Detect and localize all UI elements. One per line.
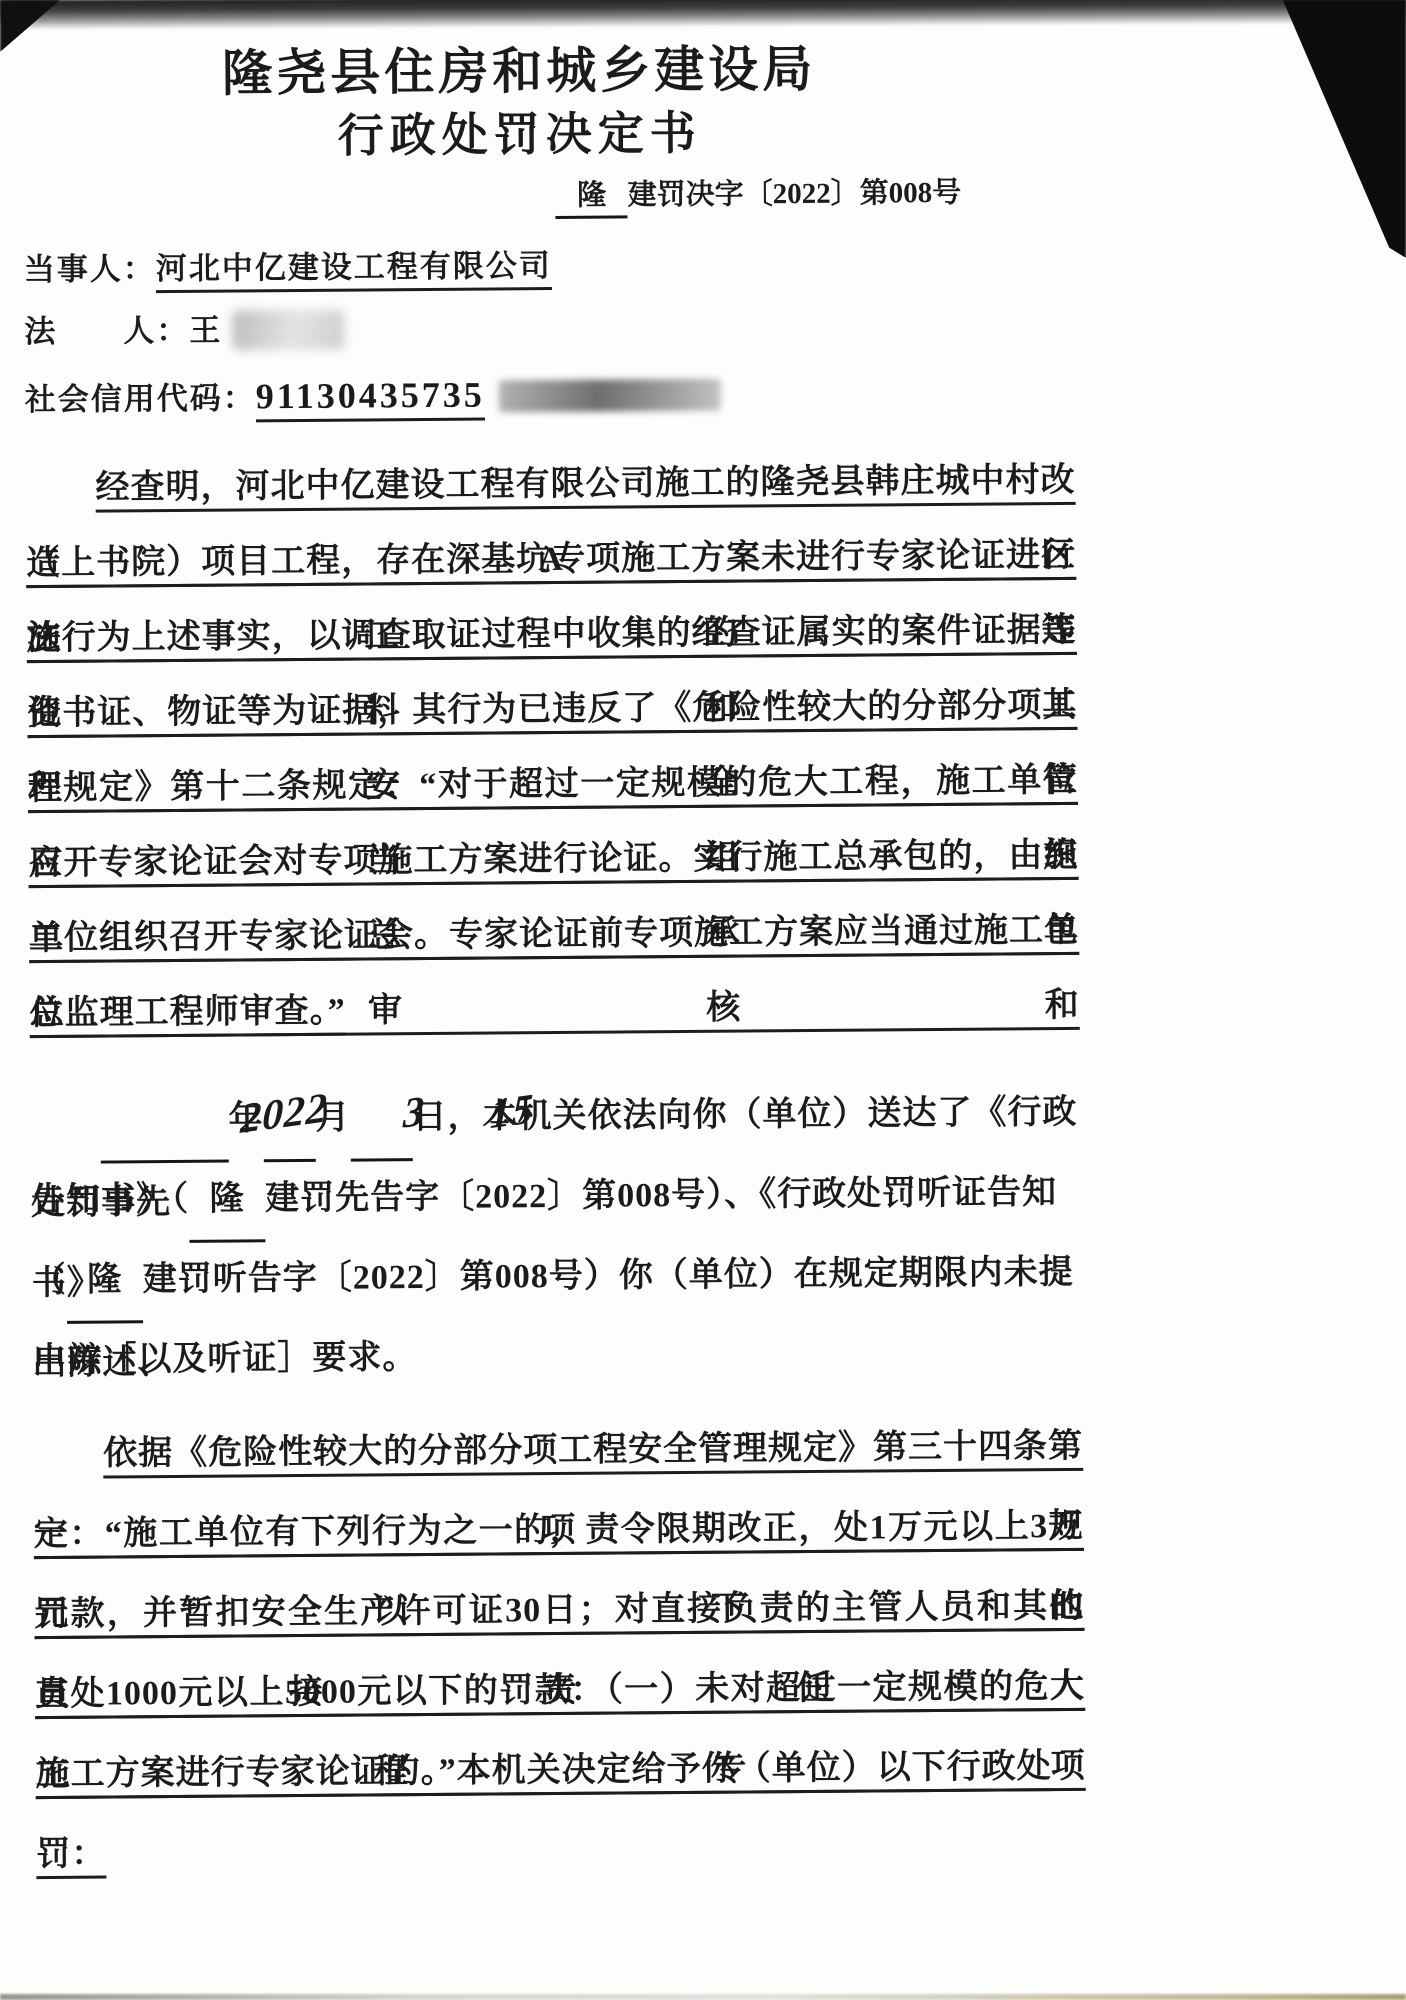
credit-code-redaction-blur [499, 379, 721, 413]
paragraph-line: 召开专家论证会对专项施工方案进行论证。实行施工总承包的，由施工总承包 [28, 818, 1079, 901]
credit-code-label: 社会信用代码： [25, 380, 256, 417]
party-value: 河北中亿建设工程有限公司 [156, 248, 552, 286]
paragraph-line-date: 2022年3月15日，本机关依法向你（单位）送达了《行政处罚事先 [30, 1073, 1081, 1161]
scan-corner-top-right [1266, 0, 1406, 258]
document-number-text: 建罚决字〔2022〕第008号 [628, 177, 962, 212]
document-number-blank: 隆 [556, 175, 628, 219]
party-label: 当事人： [24, 251, 156, 287]
paragraph-line: 单位组织召开专家论证会。专家论证前专项施工方案应当通过施工单位审核和 [29, 893, 1080, 976]
scanned-document-page: 隆尧县住房和城乡建设局 行政处罚决定书 隆建罚决字〔2022〕第008号 当事人… [0, 0, 1406, 2000]
credit-code-value: 91130435735 [256, 375, 485, 417]
legal-person-value: 王 [189, 313, 222, 348]
handwritten-prefix: 隆 [66, 1240, 143, 1324]
paragraph-line: 员处1000元以上5000元以下的罚款：（一）未对超过一定规模的危大工程专项 [35, 1647, 1086, 1735]
document-number-line: 隆建罚决字〔2022〕第008号 [23, 172, 1073, 223]
document-type-title: 行政处罚决定书 [0, 102, 1045, 166]
document-content: 隆尧县住房和城乡建设局 行政处罚决定书 隆建罚决字〔2022〕第008号 当事人… [22, 0, 1088, 2000]
paragraph-line: 施工方案进行专家论证的。”本机关决定给予你（单位）以下行政处罚： [35, 1727, 1086, 1815]
paragraph-penalty-basis: 依据《危险性较大的分部分项工程安全管理规定》第三十四条第一项规 定：“施工单位有… [33, 1407, 1086, 1815]
paragraph-line: 罚款，并暂扣安全生产许可证30日；对直接负责的主管人员和其他直接责任人 [34, 1567, 1085, 1655]
paragraph-line: 他书证、物证等为证据，其行为已违反了《危险性较大的分部分项工程安全管 [27, 668, 1078, 751]
handwritten-year: 2022 [100, 1080, 229, 1164]
agency-title: 隆尧县住房和城乡建设局 [0, 38, 1044, 104]
legal-person-redaction-blur [232, 310, 344, 351]
paragraph-line: 经查明，河北中亿建设工程有限公司施工的隆尧县韩庄城中村改造A区 [25, 443, 1076, 526]
paragraph-line: 法行为上述事实，以调查取证过程中收集的经查证属实的案件证据等资料和其 [26, 593, 1077, 676]
paragraph-line: （上书院）项目工程，存在深基坑专项施工方案未进行专家论证进行施工的违 [26, 518, 1077, 601]
party-field: 当事人：河北中亿建设工程有限公司 [24, 239, 1074, 293]
paragraph-line: 定：“施工单位有下列行为之一的，责令限期改正，处1万元以上3万元以下的 [33, 1487, 1084, 1575]
paragraph-findings: 经查明，河北中亿建设工程有限公司施工的隆尧县韩庄城中村改造A区 （上书院）项目工… [25, 443, 1080, 1051]
credit-code-field: 社会信用代码：91130435735 [25, 367, 1075, 423]
paragraph-line: 依据《危险性较大的分部分项工程安全管理规定》第三十四条第一项规 [33, 1407, 1084, 1495]
handwritten-prefix: 隆 [189, 1159, 266, 1243]
paragraph-notification: 2022年3月15日，本机关依法向你（单位）送达了《行政处罚事先 告知书》（隆建… [30, 1073, 1082, 1401]
paragraph-line: 申辩［以及听证］要求。 [32, 1313, 1083, 1401]
legal-person-field: 法 人：王 [24, 301, 1074, 355]
legal-person-label: 法 人： [24, 313, 189, 349]
paragraph-line: （隆建罚听告字〔2022〕第008号）你（单位）在规定期限内未提出陈述、 [31, 1233, 1082, 1321]
paragraph-line: 理规定》第十二条规定：“对于超过一定规模的危大工程，施工单位应当组织 [28, 743, 1079, 826]
paragraph-line: 告知书》（隆建罚先告字〔2022〕第008号）、《行政处罚听证告知书》 [31, 1153, 1082, 1241]
